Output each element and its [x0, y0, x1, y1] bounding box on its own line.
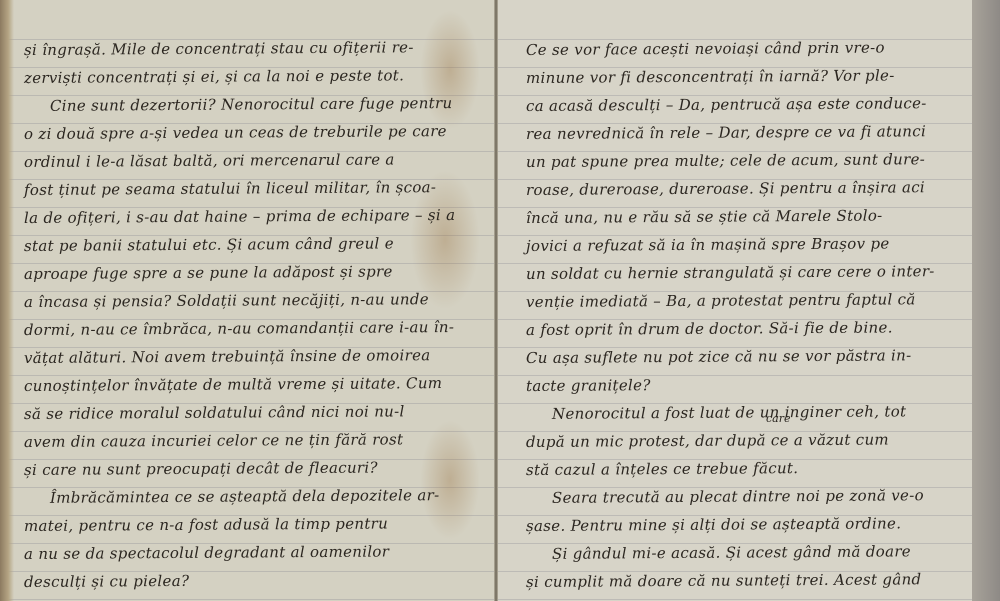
handwritten-line: stă cazul a înțeles ce trebue făcut.: [526, 453, 964, 484]
handwritten-line: Ce se vor face acești nevoiași când prin…: [526, 33, 964, 64]
handwritten-line: un pat spune prea multe; cele de acum, s…: [526, 145, 964, 176]
handwritten-line: a fost oprit în drum de doctor. Să-i fie…: [526, 313, 964, 344]
handwritten-line: Seara trecută au plecat dintre noi pe zo…: [526, 481, 964, 512]
handwritten-line: matei, pentru ce n-a fost adusă la timp …: [24, 509, 484, 540]
handwritten-line: zerviști concentrați și ei, și ca la noi…: [24, 61, 484, 92]
handwritten-line: minune vor fi desconcentrați în iarnă? V…: [526, 61, 964, 92]
inserted-word-annotation: care: [766, 412, 791, 425]
right-page: Ce se vor face acești nevoiași când prin…: [498, 0, 972, 601]
handwritten-line: jovici a refuzat să ia în mașină spre Br…: [526, 229, 964, 260]
handwritten-line: un soldat cu hernie strangulată și care …: [526, 257, 964, 288]
handwritten-line: după un mic protest, dar după ce a văzut…: [526, 425, 964, 456]
handwritten-line: Cine sunt dezertorii? Nenorocitul care f…: [24, 89, 484, 120]
handwritten-line: și cumplit mă doare că nu sunteți trei. …: [526, 565, 964, 596]
handwritten-line: o zi două spre a-și vedea un ceas de tre…: [24, 117, 484, 148]
handwritten-line: venție imediată – Ba, a protestat pentru…: [526, 285, 964, 316]
handwritten-line: rea nevrednică în rele – Dar, despre ce …: [526, 117, 964, 148]
handwritten-line: vățat alături. Noi avem trebuință însine…: [24, 341, 484, 372]
handwritten-line: avem din cauza incuriei celor ce ne țin …: [24, 425, 484, 456]
handwritten-line: Îmbrăcămintea ce se așteaptă dela depozi…: [24, 481, 484, 512]
handwritten-line: încă una, nu e rău să se știe că Marele …: [526, 201, 964, 232]
background-table-edge: [972, 0, 1000, 601]
handwritten-line: Nenorocitul a fost luat de un inginer ce…: [526, 397, 964, 428]
handwritten-line: Și gândul mi-e acasă. Și acest gând mă d…: [526, 537, 964, 568]
handwritten-line: șase. Pentru mine și alți doi se așteapt…: [526, 509, 964, 540]
handwritten-line: la de ofițeri, i s-au dat haine – prima …: [24, 201, 484, 232]
handwritten-line: ordinul i le-a lăsat baltă, ori mercenar…: [24, 145, 484, 176]
handwritten-line: stat pe banii statului etc. Și acum când…: [24, 229, 484, 260]
handwritten-line: desculți și cu pielea?: [24, 565, 484, 596]
handwritten-line: tacte granițele?: [526, 369, 964, 400]
handwritten-line: aproape fuge spre a se pune la adăpost ș…: [24, 257, 484, 288]
handwritten-line: cunoștințelor învățate de multă vreme și…: [24, 369, 484, 400]
notebook-spread: și îngrașă. Mile de concentrați stau cu …: [0, 0, 1000, 601]
left-page: și îngrașă. Mile de concentrați stau cu …: [0, 0, 494, 601]
handwritten-line: a nu se da spectacolul degradant al oame…: [24, 537, 484, 568]
handwritten-line: fost ținut pe seama statului în liceul m…: [24, 173, 484, 204]
handwritten-line: a încasa și pensia? Soldații sunt necăji…: [24, 285, 484, 316]
handwritten-line: Cu așa suflete nu pot zice că nu se vor …: [526, 341, 964, 372]
handwritten-line: și îngrașă. Mile de concentrați stau cu …: [24, 33, 484, 64]
handwritten-line: ca acasă desculți – Da, pentrucă așa est…: [526, 89, 964, 120]
handwritten-line: și care nu sunt preocupați decât de flea…: [24, 453, 484, 484]
handwritten-line: dormi, n-au ce îmbrăca, n-au comandanții…: [24, 313, 484, 344]
handwritten-line: roase, dureroase, dureroase. Și pentru a…: [526, 173, 964, 204]
handwritten-line: să se ridice moralul soldatului când nic…: [24, 397, 484, 428]
